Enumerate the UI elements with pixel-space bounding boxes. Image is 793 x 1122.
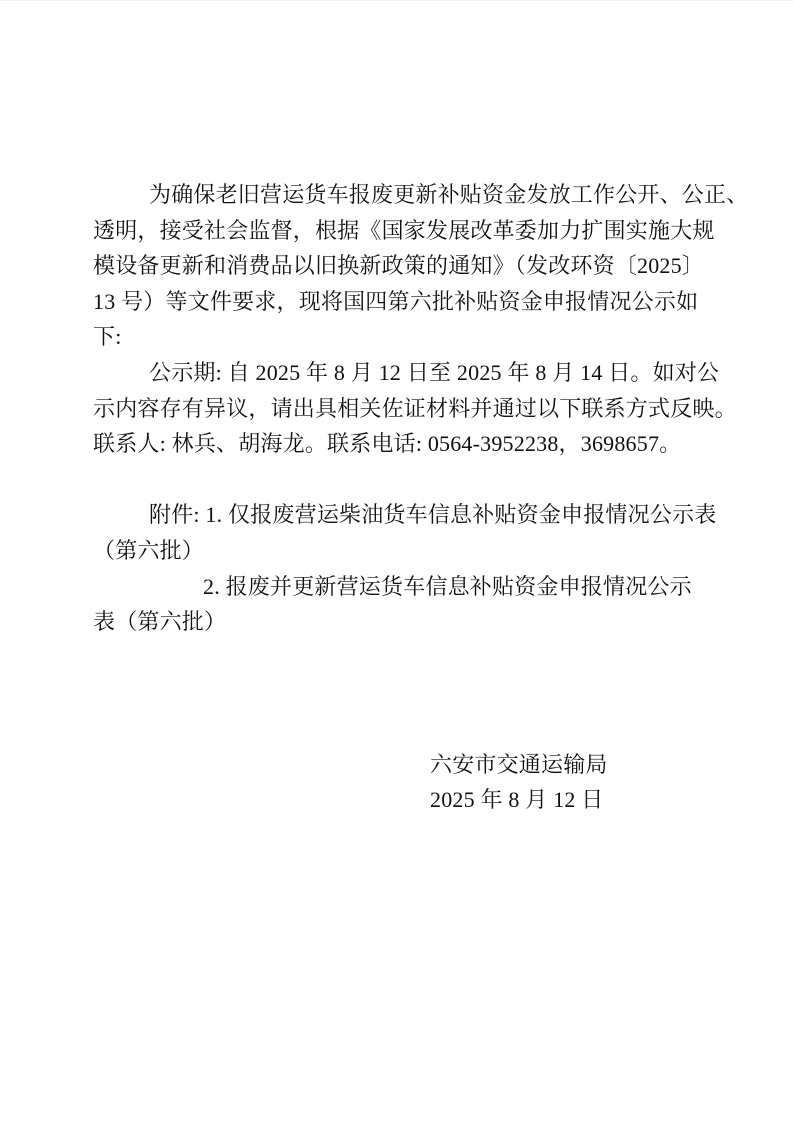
attachment-line: 表（第六批）: [93, 604, 717, 640]
signature-block: 六安市交通运输局 2025 年 8 月 12 日: [93, 747, 717, 818]
attachment-line: 附件: 1. 仅报废营运柴油货车信息补贴资金申报情况公示表: [93, 497, 717, 533]
paragraph-line: 下:: [93, 319, 717, 355]
paragraph-line: 模设备更新和消费品以旧换新政策的通知》（发改环资〔2025〕: [93, 248, 717, 284]
paragraph-line: 为确保老旧营运货车报废更新补贴资金发放工作公开、公正、: [93, 177, 717, 213]
paragraph-publicity-period: 公示期: 自 2025 年 8 月 12 日至 2025 年 8 月 14 日。…: [93, 355, 717, 462]
paragraph-line: 示内容存有异议，请出具相关佐证材料并通过以下联系方式反映。: [93, 391, 717, 427]
attachments-list: 附件: 1. 仅报废营运柴油货车信息补贴资金申报情况公示表 （第六批） 2. 报…: [93, 497, 717, 639]
attachment-line: （第六批）: [93, 533, 717, 569]
paragraph-line: 公示期: 自 2025 年 8 月 12 日至 2025 年 8 月 14 日。…: [93, 355, 717, 391]
paragraph-line: 透明，接受社会监督，根据《国家发展改革委加力扩围实施大规: [93, 213, 717, 249]
signature-date: 2025 年 8 月 12 日: [93, 782, 717, 818]
blank-line: [93, 462, 717, 498]
signature-org: 六安市交通运输局: [93, 747, 717, 783]
attachment-line: 2. 报废并更新营运货车信息补贴资金申报情况公示: [93, 569, 717, 605]
paragraph-intro: 为确保老旧营运货车报废更新补贴资金发放工作公开、公正、 透明，接受社会监督，根据…: [93, 177, 717, 355]
paragraph-line: 联系人: 林兵、胡海龙。联系电话: 0564-3952238，3698657。: [93, 426, 717, 462]
paragraph-line: 13 号）等文件要求，现将国四第六批补贴资金申报情况公示如: [93, 284, 717, 320]
document-page: 为确保老旧营运货车报废更新补贴资金发放工作公开、公正、 透明，接受社会监督，根据…: [0, 0, 793, 1122]
blank-gap: [93, 640, 717, 747]
document-body: 为确保老旧营运货车报废更新补贴资金发放工作公开、公正、 透明，接受社会监督，根据…: [93, 177, 717, 818]
